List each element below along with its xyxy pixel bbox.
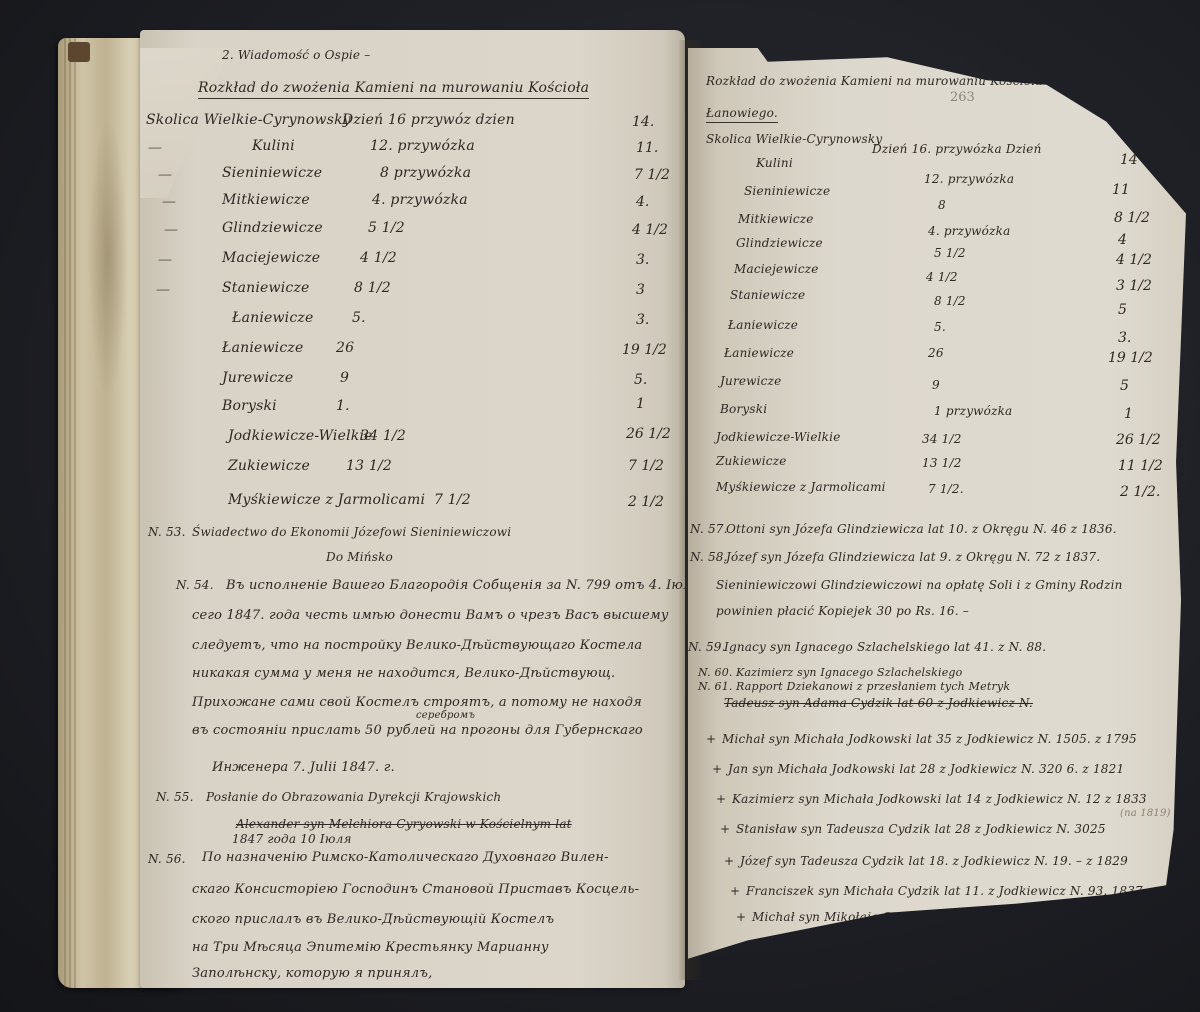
amount-a: 8 przywózka [380,165,471,181]
dash-ditto: — [162,194,178,210]
entry-line: следуетъ, что на постройку Велико-Дѣйств… [192,638,642,653]
entry-number: N. 58. [690,550,728,564]
entry-number: N. 59. [688,640,726,654]
entry-line: По назначенію Римско-Католическаго Духов… [202,850,609,865]
amount-b: 7 1/2 [628,458,664,474]
amount-b: 19 1/2 [622,342,667,358]
village-name: Staniewicze [222,280,310,296]
amount-a: 5 1/2 [934,246,966,260]
village-name: Glindziewicze [222,220,323,236]
leather-binding-corner [68,42,90,62]
village-name: Kulini [756,156,793,170]
entry-line: Прихожане сами свой Костелъ строятъ, а п… [192,695,642,710]
amount-b: 1 [1124,406,1133,422]
amount-b: 11 [1112,182,1130,198]
amount-a: 13 1/2 [922,456,962,470]
amount-a: Dzień 16. przywózka Dzień [872,142,1042,156]
amount-b: 26 1/2 [626,426,671,442]
amount-a: 9 [932,378,940,392]
amount-b: 4 [1118,232,1127,248]
entry-line: никакая сумма у меня не находится, Велик… [192,666,615,681]
amount-a: 7 1/2 [434,492,471,508]
amount-b: 2 1/2 [628,494,664,510]
entry-line: Въ исполненіе Вашего Благородія Собщенія… [226,578,700,593]
village-name: Łaniewicze [232,310,313,326]
entry-text: 1847 года 10 Іюля [232,832,352,846]
amount-b: 2 1/2. [1120,484,1160,500]
village-name: Jurewicze [222,370,293,386]
entry-text: Michał syn Michała Jodkowski lat 35 z Jo… [722,732,1137,746]
amount-a: 5 1/2 [368,220,405,236]
village-name: Jurewicze [720,374,781,388]
page-heading: Rozkład do zwożenia Kamieni na murowaniu… [198,80,589,99]
village-name: Boryski [222,398,277,414]
entry-line: Заполѣнску, которую я принялъ, [192,966,432,981]
amount-a: 1 przywózka [934,404,1012,418]
struck-entry: Alexander syn Melchiora Cyryowski w Kośc… [236,817,572,831]
entry-text: Ottoni syn Józefa Glindziewicza lat 10. … [726,522,1117,536]
village-name: Kulini [252,138,295,154]
amount-a: Dzień 16 przywóz dzien [342,112,515,128]
amount-a: 8 [938,198,946,212]
amount-a: 4 1/2 [360,250,397,266]
entry-text: Józef syn Józefa Glindziewicza lat 9. z … [726,550,1100,564]
amount-a: 5. [934,320,946,334]
entry-text: Jan syn Michała Jodkowski lat 28 z Jodki… [728,762,1124,776]
entry-text: Józef syn Tadeusza Cydzik lat 18. z Jodk… [740,854,1128,868]
amount-b: 3 1/2 [1116,278,1152,294]
village-name: Zukiewicze [228,458,310,474]
entry-line: на Три Мѣсяца Эпитемію Крестьянку Мариан… [192,940,549,955]
amount-b: 19 1/2 [1108,350,1153,366]
amount-b: 8 1/2 [1114,210,1150,226]
left-page: 2. Wiadomość o Ospie – Rozkład do zwożen… [140,30,685,988]
entry-text: powinien płacić Kopiejek 30 po Rs. 16. – [716,604,969,618]
amount-a: 1. [336,398,350,414]
dash-ditto: — [156,282,172,298]
amount-b: 3 [636,282,645,298]
amount-a: 7 1/2. [928,482,964,496]
amount-a: 8 1/2 [354,280,391,296]
amount-b: 1 [636,396,645,412]
entry-text: Posłanie do Obrazowania Dyrekcji Krajows… [206,790,501,804]
entry-number: N. 53. [148,525,186,539]
village-name: Sieniniewicze [222,165,322,181]
amount-a: 4. przywózka [928,224,1010,238]
right-page: 263 Rozkład do zwożenia Kamieni na murow… [688,48,1186,968]
cross-mark: + [716,792,726,806]
page-heading-cont: Łanowiego. [706,106,778,123]
entry-text: Sieniniewiczowi Glindziewiczowi na opłat… [716,578,1123,592]
cross-mark: + [724,854,734,868]
village-name: Myśkiewicze z Jarmolicami [716,480,886,494]
struck-entry: Tadeusz syn Adama Cydzik lat 60 z Jodkie… [724,696,1033,710]
amount-a: 34 1/2 [360,428,406,444]
cross-mark: + [736,910,746,924]
village-name: Łaniewicze [724,346,794,360]
amount-a: 12. przywózka [370,138,475,154]
top-note: 2. Wiadomość o Ospie – [222,48,370,62]
amount-a: 13 1/2 [346,458,392,474]
amount-a: 26 [336,340,354,356]
amount-b: 4 1/2 [1116,252,1152,268]
cross-mark: + [720,822,730,836]
village-name: Mitkiewicze [738,212,814,226]
village-name: Łaniewicze [728,318,798,332]
village-name: Zukiewicze [716,454,787,468]
entry-text: Franciszek syn Michała Cydzik lat 11. z … [746,884,1143,898]
entry-line: ского прислалъ въ Велико-Дѣйствующій Кос… [192,912,554,927]
amount-a: 34 1/2 [922,432,962,446]
insert-note: серебромъ [416,710,475,721]
dash-ditto: — [164,222,180,238]
entry-text: Stanisław syn Tadeusza Cydzik lat 28 z J… [736,822,1106,836]
village-name: Skolica Wielkie-Cyrynowsky [706,132,882,146]
dash-ditto: — [158,167,174,183]
amount-b: 4. [636,194,649,210]
entry-line: скаго Консисторіею Господинъ Становой Пр… [192,882,639,897]
entry-line: въ состояніи прислать 50 рублей на прого… [192,723,643,738]
village-name: Glindziewicze [736,236,823,250]
amount-b: 4 1/2 [632,222,668,238]
amount-b: 14. [632,114,654,130]
entry-text: Ignacy syn Ignacego Szlachelskiego lat 4… [724,640,1046,654]
village-name: Boryski [720,402,767,416]
amount-a: 4. przywózka [372,192,468,208]
amount-b: 7 1/2 [634,167,670,183]
foxing-stain [88,118,128,398]
amount-a: 8 1/2 [934,294,966,308]
village-name: Maciejewicze [222,250,320,266]
amount-b: 3. [636,312,649,328]
cross-mark: + [712,762,722,776]
entry-number: N. 56. [148,852,186,866]
margin-note: (na 1819) [1120,808,1171,819]
entry-text: Rapport Dziekanowi z przesłaniem tych Me… [736,680,1010,693]
amount-b: 5. [634,372,647,388]
village-name: Łaniewicze [222,340,303,356]
village-name: Staniewicze [730,288,805,302]
amount-b: 11. [636,140,658,156]
entry-number: N. 60. [698,666,733,679]
entry-number: N. 55. [156,790,194,804]
amount-a: 26 [928,346,944,360]
amount-b: 26 1/2 [1116,432,1161,448]
entry-line: Инженера 7. Julii 1847. г. [212,760,395,775]
village-name: Sieniniewicze [744,184,830,198]
entry-text: Kazimierz syn Michała Jodkowski lat 14 z… [732,792,1147,806]
entry-text: Świadectwo do Ekonomii Józefowi Sieninie… [192,525,511,539]
cross-mark: + [706,732,716,746]
amount-a: 4 1/2 [926,270,958,284]
village-name: Mitkiewicze [222,192,310,208]
amount-b: 11 1/2 [1118,458,1163,474]
entry-line: сего 1847. года честь имѣю донести Вамъ … [192,608,669,623]
entry-number: N. 54. [176,578,214,592]
amount-a: 9 [340,370,349,386]
amount-b: 3. [636,252,649,268]
village-name: Myśkiewicze z Jarmolicami [228,492,425,508]
village-name: Jodkiewicze-Wielkie [228,428,373,444]
entry-number: N. 57. [690,522,728,536]
cross-mark: + [730,884,740,898]
dash-ditto: — [148,140,164,156]
entry-text: Do Mińsko [326,550,393,564]
entry-text: Kazimierz syn Ignacego Szlachelskiego [736,666,962,679]
entry-number: N. 61. [698,680,733,693]
amount-a: 12. przywózka [924,172,1014,186]
village-name: Jodkiewicze-Wielkie [716,430,841,444]
village-name: Skolica Wielkie-Cyrynowsky [146,112,351,128]
amount-b: 3. [1118,330,1131,346]
folio-number: 263 [950,90,975,105]
amount-a: 5. [352,310,366,326]
dash-ditto: — [158,252,174,268]
village-name: Maciejewicze [734,262,819,276]
amount-b: 5 [1118,302,1127,318]
amount-b: 5 [1120,378,1129,394]
